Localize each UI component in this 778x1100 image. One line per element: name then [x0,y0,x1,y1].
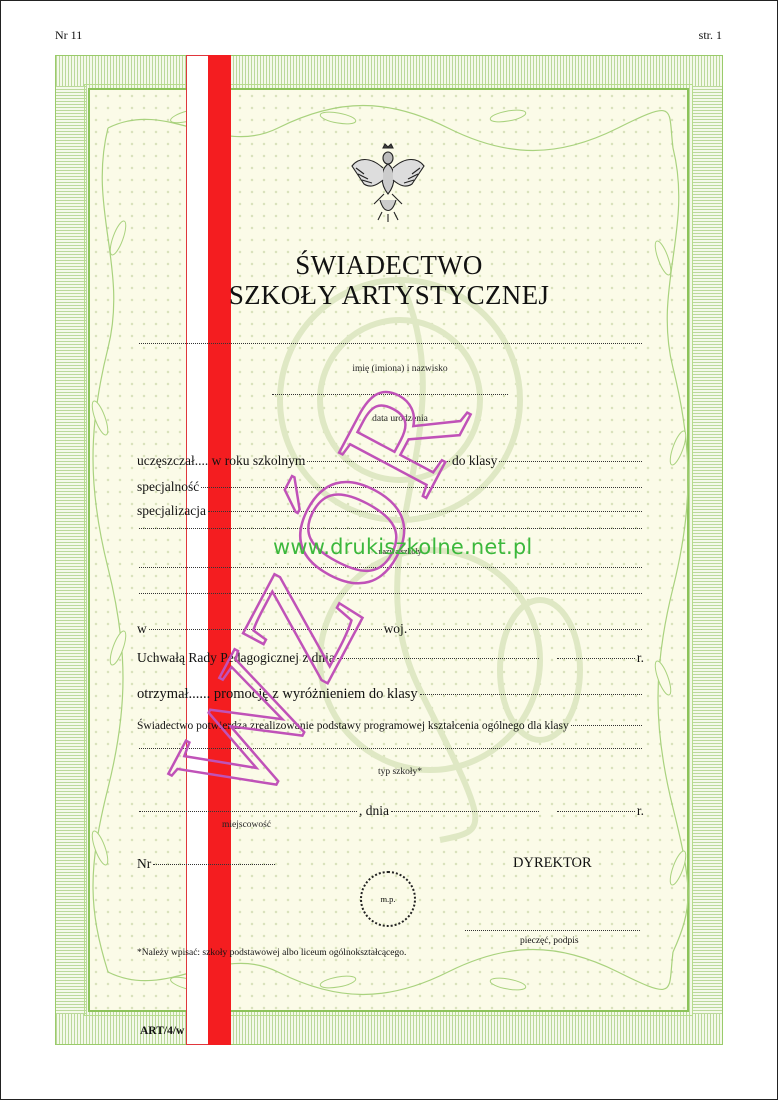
school-name-field[interactable] [139,527,642,529]
school-name-field-3[interactable] [139,592,642,594]
year-suffix: r. [637,650,644,666]
town-field[interactable] [149,628,382,630]
school-type-row [137,750,644,752]
footnote: *Należy wpisać: szkoły podstawowej albo … [137,948,406,958]
certificate-subtitle: SZKOŁY ARTYSTYCZNEJ [0,280,778,311]
year-suffix-2: r. [637,803,644,819]
confirmation-class-field[interactable] [571,724,642,726]
date-label: , dnia [359,803,389,819]
school-type-field[interactable] [139,747,642,749]
to-class-label: do klasy [452,453,497,469]
promotion-class-field[interactable] [420,693,642,695]
confirmation-row: Świadectwo potwierdza zrealizowanie pods… [137,720,644,732]
school-name-field-2[interactable] [139,566,642,568]
place-caption: miejscowość [222,820,271,830]
signature-field[interactable] [465,930,640,931]
resolution-year-field[interactable] [557,657,635,659]
promotion-label: otrzymał...... promocję z wyróżnieniem d… [137,686,418,703]
director-label: DYREKTOR [513,855,592,872]
document-number: Nr 11 [55,28,82,43]
specialization-row: specjalizacja [137,503,644,519]
specialization-field[interactable] [208,510,642,512]
attended-row: uczęszczał.... w roku szkolnym do klasy [137,453,644,469]
signature-caption: pieczęć, podpis [520,936,579,946]
birthdate-field[interactable] [272,393,508,395]
website-watermark: www.drukiszkolne.net.pl [273,535,532,559]
resolution-date-field[interactable] [337,657,539,659]
date-field[interactable] [391,810,539,812]
number-label: Nr [137,856,151,872]
form-code: ART/4/w [140,1025,184,1037]
birthdate-row [270,396,510,398]
page-number: str. 1 [699,28,722,43]
school-name-row-2 [137,569,644,571]
name-row [137,345,644,347]
stamp-placeholder: m.p. [360,871,416,927]
voivodeship-label: woj. [384,621,408,637]
name-field[interactable] [139,342,642,344]
specialty-field[interactable] [201,486,642,488]
stamp-label: m.p. [380,894,395,904]
class-field[interactable] [499,460,642,462]
certificate-title: ŚWIADECTWO [0,250,778,281]
number-row: Nr [137,856,277,872]
in-label: w [137,621,147,637]
school-name-row [137,530,644,532]
school-type-caption: typ szkoły* [11,767,778,777]
specialty-row: specjalność [137,479,644,495]
year-field[interactable] [557,810,635,812]
name-caption: imię (imiona) i nazwisko [11,364,778,374]
confirmation-label: Świadectwo potwierdza zrealizowanie pods… [137,720,569,732]
resolution-row: Uchwałą Rady Pedagogicznej z dnia r. [137,650,644,666]
resolution-label: Uchwałą Rady Pedagogicznej z dnia [137,650,335,666]
promotion-row: otrzymał...... promocję z wyróżnieniem d… [137,686,644,703]
birthdate-caption: data urodzenia [11,414,778,424]
specialization-label: specjalizacja [137,503,206,519]
attended-label: uczęszczał.... w roku szkolnym [137,453,305,469]
specialty-label: specjalność [137,479,199,495]
place-field[interactable] [139,810,357,812]
school-name-row-3 [137,595,644,597]
number-field[interactable] [153,863,275,865]
polish-eagle-icon [350,142,426,222]
school-year-field[interactable] [307,460,450,462]
voivodeship-field[interactable] [409,628,642,630]
place-date-row: , dnia r. [137,803,644,819]
location-row: w woj. [137,621,644,637]
